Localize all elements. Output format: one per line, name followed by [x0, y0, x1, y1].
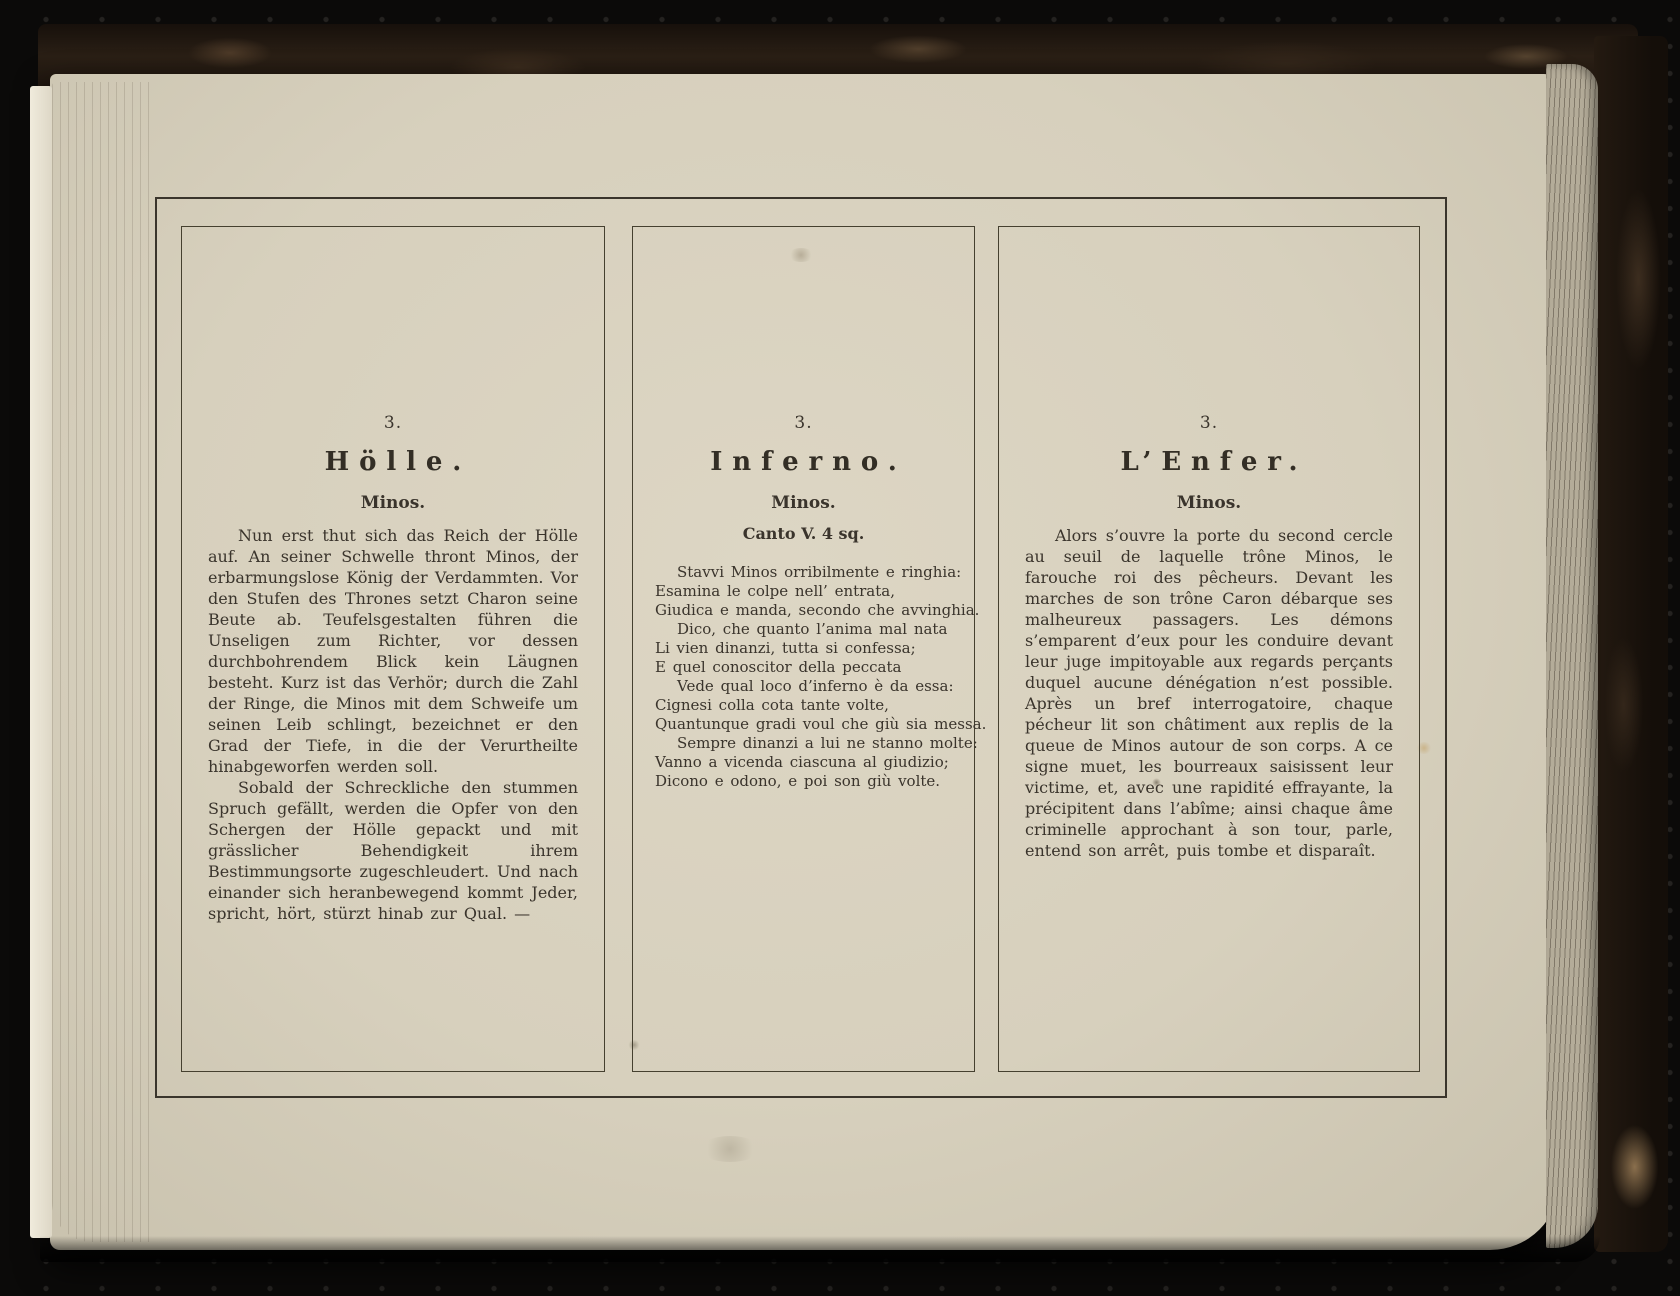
german-paragraph: Sobald der Schreckliche den stummen Spru…: [208, 777, 578, 924]
column-german-header: 3. Hölle. Minos.: [182, 227, 604, 513]
column-italian: 3. Inferno. Minos. Canto V. 4 sq. Stavvi…: [632, 226, 975, 1072]
verse-line: Cignesi colla cota tante volte,: [655, 696, 974, 715]
section-number: 3.: [633, 413, 974, 433]
column-german: 3. Hölle. Minos. Nun erst thut sich das …: [181, 226, 605, 1072]
page-stain: [700, 1136, 760, 1162]
column-italian-header: 3. Inferno. Minos. Canto V. 4 sq.: [633, 227, 974, 543]
verse-line: Stavvi Minos orribilmente e ringhia:: [655, 563, 974, 582]
column-title-french: L’Enfer.: [999, 447, 1419, 477]
page-fore-edge-left: [30, 86, 52, 1238]
stacked-page-edges-right: [1546, 64, 1598, 1248]
section-number: 3.: [182, 413, 604, 433]
column-subtitle-german: Minos.: [182, 493, 604, 513]
canto-reference: Canto V. 4 sq.: [633, 524, 974, 543]
german-paragraph: Nun erst thut sich das Reich der Hölle a…: [208, 525, 578, 777]
section-number: 3.: [999, 413, 1419, 433]
verse-line: Esamina le colpe nell’ entrata,: [655, 582, 974, 601]
verse-line: Sempre dinanzi a lui ne stanno molte:: [655, 734, 974, 753]
column-french-header: 3. L’Enfer. Minos.: [999, 227, 1419, 513]
verse-line: Quantunque gradi voul che giù sia messa.: [655, 715, 974, 734]
column-french: 3. L’Enfer. Minos. Alors s’ouvre la port…: [998, 226, 1420, 1072]
column-title-german: Hölle.: [182, 447, 604, 477]
page-bottom-shadow: [40, 1236, 1600, 1262]
stacked-page-edges-left: [52, 82, 152, 1242]
french-text-block: Alors s’ouvre la porte du second cercle …: [999, 525, 1419, 861]
verse-line: Li vien dinanzi, tutta si confessa;: [655, 639, 974, 658]
verse-line: Giudica e manda, secondo che avvinghia.: [655, 601, 974, 620]
column-title-italian: Inferno.: [633, 447, 974, 477]
column-subtitle-italian: Minos.: [633, 493, 974, 513]
verse-line: Vanno a vicenda ciascuna al giudizio;: [655, 753, 974, 772]
verse-line: Vede qual loco d’inferno è da essa:: [655, 677, 974, 696]
column-subtitle-french: Minos.: [999, 493, 1419, 513]
french-paragraph: Alors s’ouvre la porte du second cercle …: [1025, 525, 1393, 861]
italian-verse-block: Stavvi Minos orribilmente e ringhia: Esa…: [633, 563, 974, 791]
verse-line: Dico, che quanto l’anima mal nata: [655, 620, 974, 639]
german-text-block: Nun erst thut sich das Reich der Hölle a…: [182, 525, 604, 924]
verse-line: E quel conoscitor della peccata: [655, 658, 974, 677]
book-cover-right-edge: [1594, 36, 1668, 1252]
verse-line: Dicono e odono, e poi son giù volte.: [655, 772, 974, 791]
